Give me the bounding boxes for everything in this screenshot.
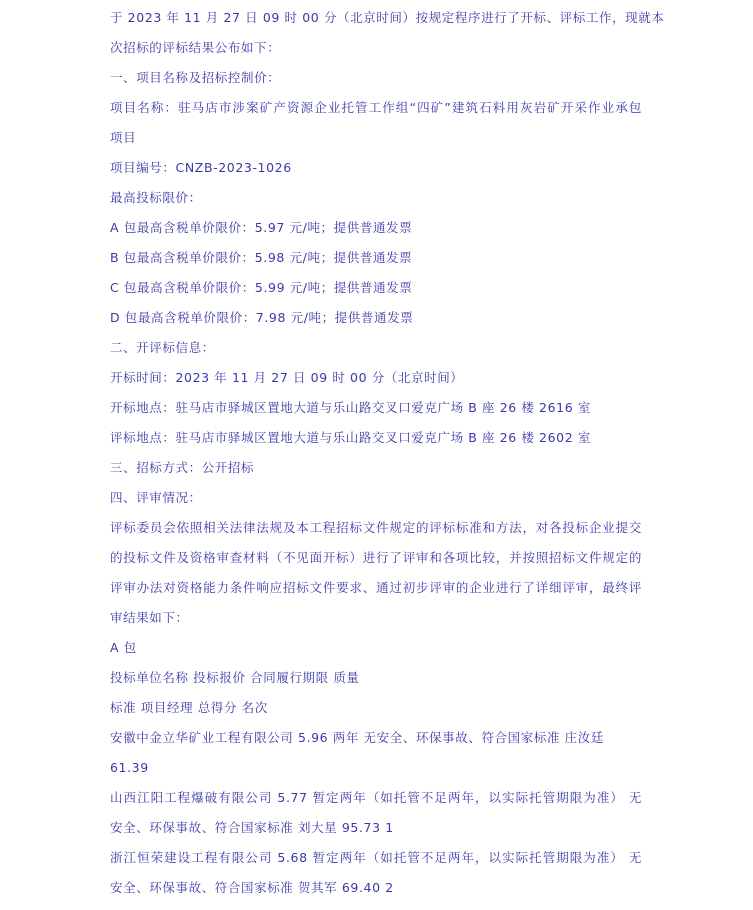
project-name-line-2: 项目 bbox=[110, 128, 646, 158]
result-row-2-line-2: 安全、环保事故、符合国家标准 刘大星 95.73 1 bbox=[110, 818, 646, 848]
package-d-price: D 包最高含税单价限价：7.98 元/吨；提供普通发票 bbox=[110, 308, 646, 338]
section-1-heading: 一、项目名称及招标控制价： bbox=[110, 68, 646, 98]
result-row-1-line-2: 61.39 bbox=[110, 758, 646, 788]
result-row-3-line-2: 安全、环保事故、符合国家标准 贺其军 69.40 2 bbox=[110, 878, 646, 908]
package-a-price: A 包最高含税单价限价：5.97 元/吨；提供普通发票 bbox=[110, 218, 646, 248]
result-row-3-line-1: 浙江恒荣建设工程有限公司 5.68 暂定两年（如托管不足两年，以实际托管期限为准… bbox=[110, 848, 642, 878]
package-c-price: C 包最高含税单价限价：5.99 元/吨；提供普通发票 bbox=[110, 278, 646, 308]
intro-line-1: 于 2023 年 11 月 27 日 09 时 00 分（北京时间）按规定程序进… bbox=[110, 8, 642, 38]
review-paragraph-line-4: 审结果如下： bbox=[110, 608, 646, 638]
section-4-heading: 四、评审情况： bbox=[110, 488, 646, 518]
section-2-heading: 二、开评标信息： bbox=[110, 338, 646, 368]
package-label: A 包 bbox=[110, 638, 646, 668]
eval-place: 评标地点：驻马店市驿城区置地大道与乐山路交叉口爱克广场 B 座 26 楼 260… bbox=[110, 428, 646, 458]
package-b-price: B 包最高含税单价限价：5.98 元/吨；提供普通发票 bbox=[110, 248, 646, 278]
intro-line-2: 次招标的评标结果公布如下： bbox=[110, 38, 646, 68]
results-header-line-1: 投标单位名称 投标报价 合同履行期限 质量 bbox=[110, 668, 646, 698]
review-paragraph-line-3: 评审办法对资格能力条件响应招标文件要求、通过初步评审的企业进行了详细评审，最终评 bbox=[110, 578, 642, 608]
open-place: 开标地点：驻马店市驿城区置地大道与乐山路交叉口爱克广场 B 座 26 楼 261… bbox=[110, 398, 646, 428]
result-row-1-line-1: 安徽中金立华矿业工程有限公司 5.96 两年 无安全、环保事故、符合国家标准 庄… bbox=[110, 728, 646, 758]
results-header-line-2: 标准 项目经理 总得分 名次 bbox=[110, 698, 646, 728]
result-row-2-line-1: 山西江阳工程爆破有限公司 5.77 暂定两年（如托管不足两年，以实际托管期限为准… bbox=[110, 788, 642, 818]
max-price-label: 最高投标限价： bbox=[110, 188, 646, 218]
review-paragraph-line-2: 的投标文件及资格审查材料（不见面开标）进行了评审和各项比较，并按照招标文件规定的 bbox=[110, 548, 642, 578]
project-code: 项目编号：CNZB-2023-1026 bbox=[110, 158, 646, 188]
project-name-line-1: 项目名称：驻马店市涉案矿产资源企业托管工作组“四矿”建筑石料用灰岩矿开采作业承包 bbox=[110, 98, 642, 128]
announcement-document: 于 2023 年 11 月 27 日 09 时 00 分（北京时间）按规定程序进… bbox=[110, 8, 646, 908]
review-paragraph-line-1: 评标委员会依照相关法律法规及本工程招标文件规定的评标标准和方法，对各投标企业提交 bbox=[110, 518, 642, 548]
open-time: 开标时间：2023 年 11 月 27 日 09 时 00 分（北京时间） bbox=[110, 368, 646, 398]
section-3-heading: 三、招标方式：公开招标 bbox=[110, 458, 646, 488]
